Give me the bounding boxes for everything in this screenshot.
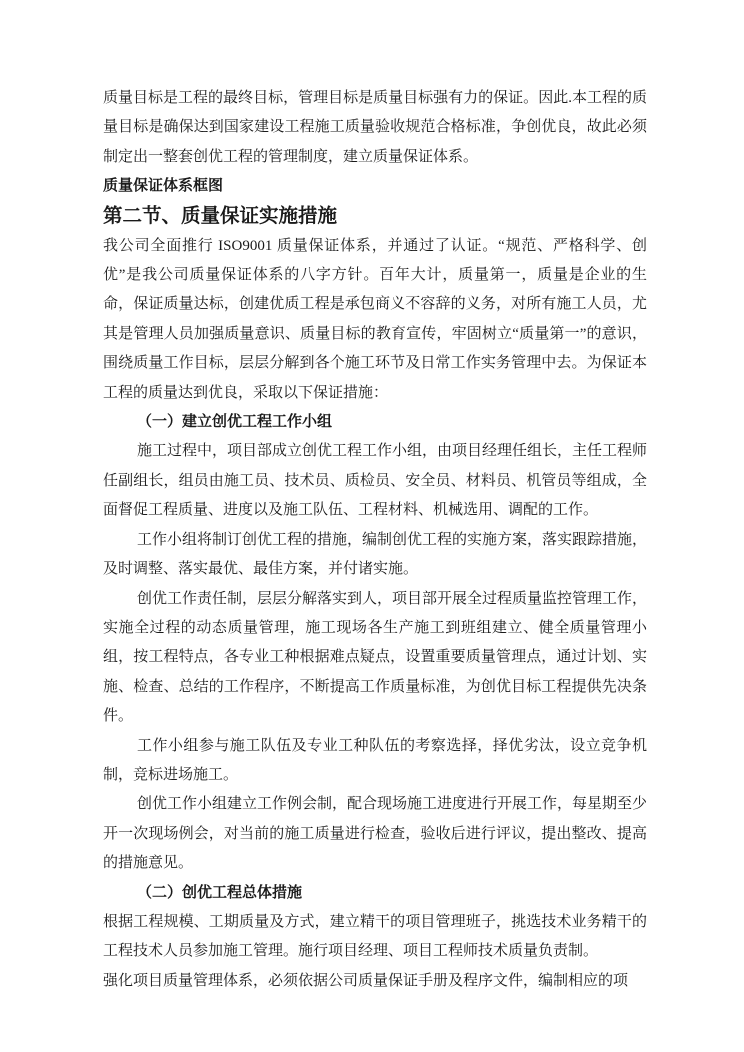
paragraph: 强化项目质量管理体系，必须依据公司质量保证手册及程序文件，编制相应的项 (103, 967, 647, 996)
figure-caption-label: 质量保证体系框图 (103, 172, 647, 201)
paragraph: 根据工程规模、工期质量及方式，建立精干的项目管理班子，挑选技术业务精干的工程技术… (103, 908, 647, 967)
subsection-heading-2: （二）创优工程总体措施 (103, 879, 647, 908)
section-heading: 第二节、质量保证实施措施 (103, 202, 647, 232)
paragraph: 质量目标是工程的最终目标，管理目标是质量目标强有力的保证。因此.本工程的质量目标… (103, 84, 647, 172)
document-content: 质量目标是工程的最终目标，管理目标是质量目标强有力的保证。因此.本工程的质量目标… (103, 84, 647, 996)
paragraph: 工作小组参与施工队伍及专业工种队伍的考察选择，择优劣汰，设立竞争机制，竞标进场施… (103, 732, 647, 791)
paragraph: 施工过程中，项目部成立创优工程工作小组，由项目经理任组长，主任工程师任副组长，组… (103, 437, 647, 525)
paragraph: 我公司全面推行 ISO9001 质量保证体系，并通过了认证。“规范、严格科学、创… (103, 232, 647, 408)
paragraph: 创优工作小组建立工作例会制，配合现场施工进度进行开展工作，每星期至少开一次现场例… (103, 790, 647, 878)
paragraph: 工作小组将制订创优工程的措施，编制创优工程的实施方案，落实跟踪措施，及时调整、落… (103, 526, 647, 585)
subsection-heading-1: （一）建立创优工程工作小组 (103, 408, 647, 437)
document-page: 质量目标是工程的最终目标，管理目标是质量目标强有力的保证。因此.本工程的质量目标… (0, 0, 744, 1052)
paragraph: 创优工作责任制，层层分解落实到人，项目部开展全过程质量监控管理工作，实施全过程的… (103, 585, 647, 732)
